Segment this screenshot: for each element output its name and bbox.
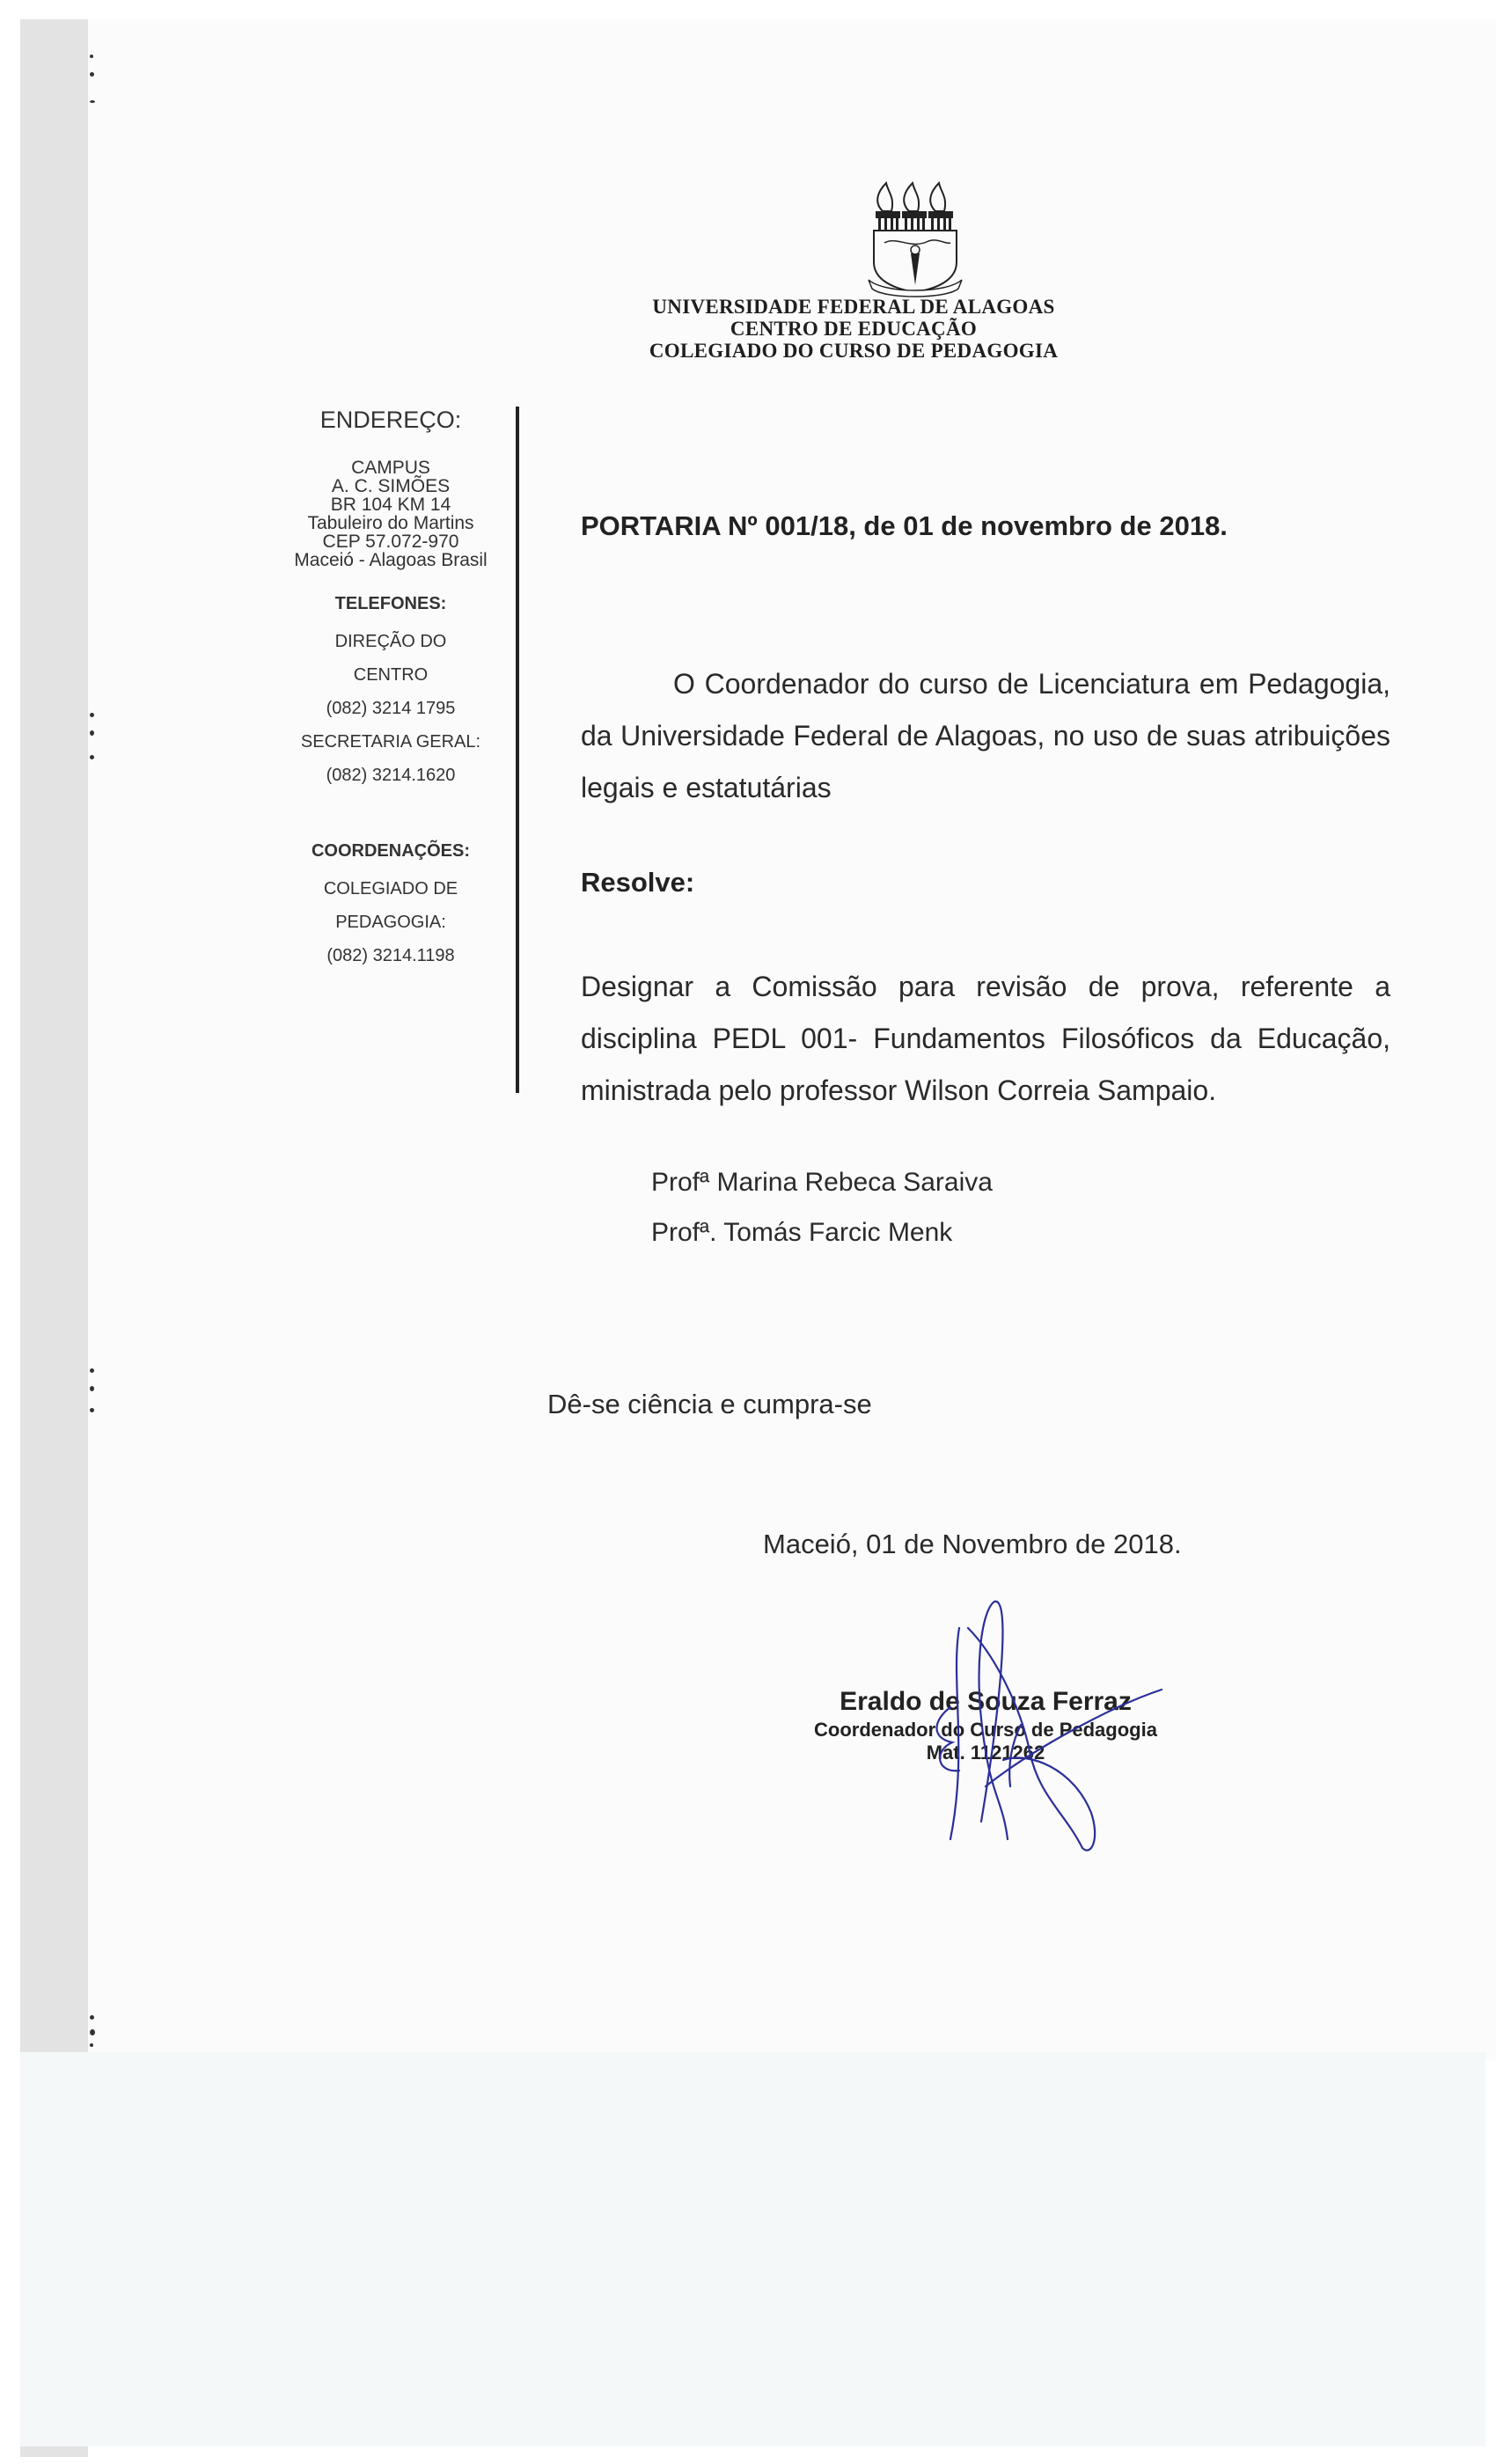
- intro-paragraph: O Coordenador do curso de Licenciatura e…: [581, 658, 1390, 814]
- address-line: CAMPUS: [280, 458, 502, 477]
- coordination-line: (082) 3214.1198: [280, 939, 502, 972]
- scan-speck: [90, 2043, 93, 2047]
- coordinations-heading: COORDENAÇÕES:: [280, 841, 502, 862]
- paper-sheet-lower: [20, 2052, 1485, 2446]
- institution-line: COLEGIADO DO CURSO DE PEDAGOGIA: [563, 340, 1144, 362]
- scan-speck: [90, 72, 94, 77]
- committee-member: Profª Marina Rebeca Saraiva: [651, 1157, 993, 1207]
- address-line: BR 104 KM 14: [280, 495, 502, 514]
- phone-line: (082) 3214.1620: [280, 759, 502, 792]
- phone-line: DIREÇÃO DO: [280, 625, 502, 658]
- scan-speck: [90, 55, 93, 58]
- scan-speck: [90, 1408, 94, 1412]
- phone-line: SECRETARIA GERAL:: [280, 725, 502, 759]
- address-heading: ENDEREÇO:: [280, 407, 502, 434]
- address-line: CEP 57.072-970: [280, 532, 502, 551]
- address-line: Tabuleiro do Martins: [280, 514, 502, 532]
- committee-members: Profª Marina Rebeca Saraiva Profª. Tomás…: [651, 1157, 993, 1258]
- contact-sidebar: ENDEREÇO: CAMPUS A. C. SIMÕES BR 104 KM …: [280, 407, 502, 972]
- scan-speck: [90, 1368, 94, 1373]
- scan-speck: [90, 2029, 95, 2035]
- phone-line: (082) 3214 1795: [280, 692, 502, 725]
- committee-member: Profª. Tomás Farcic Menk: [651, 1207, 993, 1258]
- handwritten-signature-icon: [898, 1575, 1188, 1866]
- institution-line: CENTRO DE EDUCAÇÃO: [563, 318, 1144, 340]
- scan-speck: [90, 100, 95, 103]
- scan-speck: [90, 2015, 94, 2020]
- coordination-line: COLEGIADO DE: [280, 872, 502, 906]
- coordination-line: PEDAGOGIA:: [280, 906, 502, 939]
- document-title: PORTARIA Nº 001/18, de 01 de novembro de…: [581, 510, 1228, 542]
- sidebar-divider: [516, 407, 519, 1093]
- resolve-label: Resolve:: [581, 867, 694, 898]
- phone-line: CENTRO: [280, 658, 502, 692]
- address-line: A. C. SIMÕES: [280, 477, 502, 495]
- institution-header: UNIVERSIDADE FEDERAL DE ALAGOAS CENTRO D…: [563, 296, 1144, 362]
- scan-speck: [90, 1386, 94, 1391]
- body-paragraph: Designar a Comissão para revisão de prov…: [581, 961, 1390, 1117]
- place-date: Maceió, 01 de Novembro de 2018.: [763, 1529, 1182, 1560]
- scan-speck: [90, 755, 94, 759]
- scan-speck: [90, 713, 94, 717]
- phones-heading: TELEFONES:: [280, 594, 502, 614]
- institution-line: UNIVERSIDADE FEDERAL DE ALAGOAS: [563, 296, 1144, 318]
- closing-statement: Dê-se ciência e cumpra-se: [547, 1389, 872, 1420]
- university-crest-icon: [849, 176, 981, 299]
- address-line: Maceió - Alagoas Brasil: [280, 551, 502, 569]
- scan-speck: [90, 730, 94, 736]
